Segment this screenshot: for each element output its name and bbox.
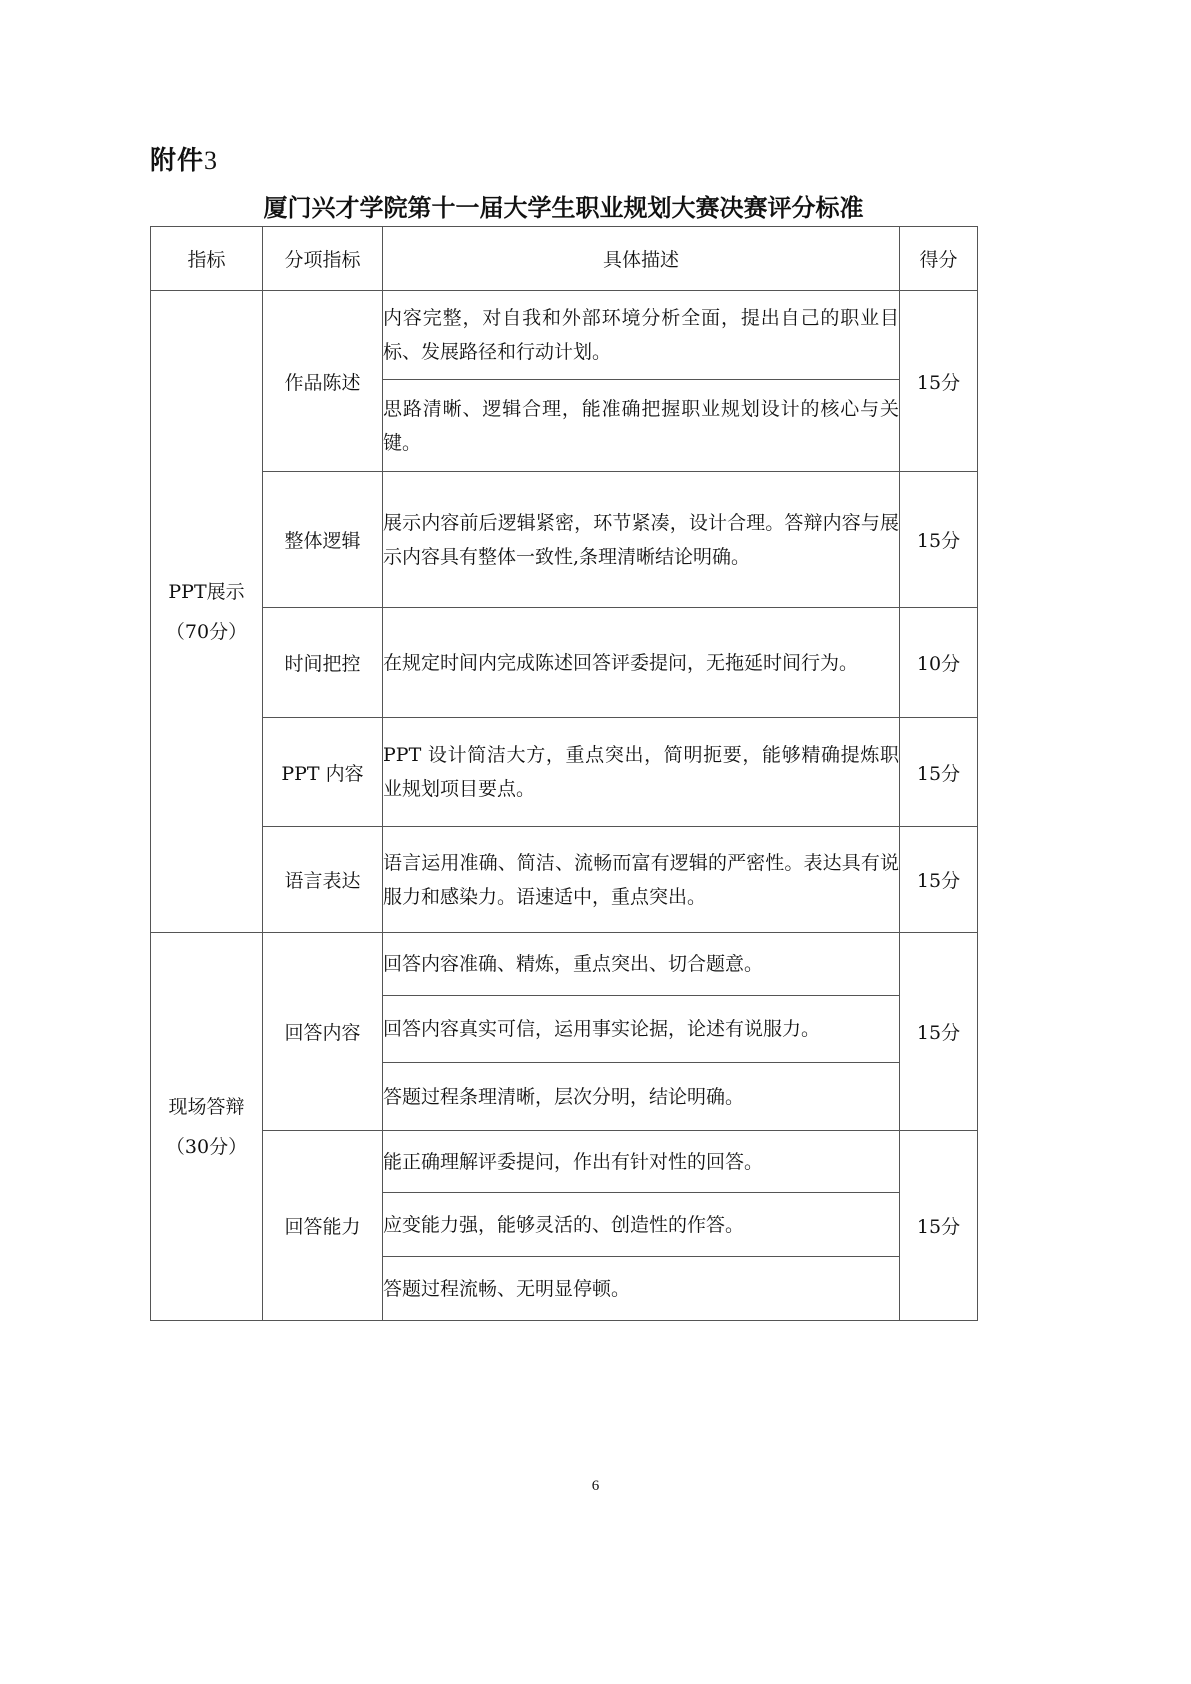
sub-indicator: PPT 内容 bbox=[263, 718, 383, 827]
scoring-table: 指标 分项指标 具体描述 得分 PPT展示 （70分） 作品陈述 内容完整，对自… bbox=[150, 226, 978, 1321]
table-row: 语言表达 语言运用准确、简洁、流畅而富有逻辑的严密性。表达具有说服力和感染力。语… bbox=[151, 827, 978, 933]
description: 回答内容准确、精炼，重点突出、切合题意。 bbox=[383, 933, 900, 996]
description: 展示内容前后逻辑紧密，环节紧凑，设计合理。答辩内容与展示内容具有整体一致性,条理… bbox=[383, 472, 900, 608]
description: 答题过程条理清晰，层次分明，结论明确。 bbox=[383, 1063, 900, 1131]
category-defense: 现场答辩 （30分） bbox=[151, 933, 263, 1321]
description: 在规定时间内完成陈述回答评委提问，无拖延时间行为。 bbox=[383, 608, 900, 718]
score: 15分 bbox=[900, 933, 978, 1131]
header-indicator: 指标 bbox=[151, 227, 263, 291]
table-row: PPT展示 （70分） 作品陈述 内容完整，对自我和外部环境分析全面，提出自己的… bbox=[151, 291, 978, 380]
table-row: PPT 内容 PPT 设计简洁大方，重点突出，简明扼要，能够精确提炼职业规划项目… bbox=[151, 718, 978, 827]
description: 应变能力强，能够灵活的、创造性的作答。 bbox=[383, 1193, 900, 1257]
category-points: （70分） bbox=[151, 612, 262, 652]
score: 15分 bbox=[900, 718, 978, 827]
score: 15分 bbox=[900, 291, 978, 472]
sub-indicator: 语言表达 bbox=[263, 827, 383, 933]
category-ppt: PPT展示 （70分） bbox=[151, 291, 263, 933]
description: PPT 设计简洁大方，重点突出，简明扼要，能够精确提炼职业规划项目要点。 bbox=[383, 718, 900, 827]
score: 15分 bbox=[900, 1131, 978, 1321]
header-description: 具体描述 bbox=[383, 227, 900, 291]
score: 10分 bbox=[900, 608, 978, 718]
sub-indicator: 作品陈述 bbox=[263, 291, 383, 472]
description: 内容完整，对自我和外部环境分析全面，提出自己的职业目标、发展路径和行动计划。 bbox=[383, 291, 900, 380]
table-row: 时间把控 在规定时间内完成陈述回答评委提问，无拖延时间行为。 10分 bbox=[151, 608, 978, 718]
header-score: 得分 bbox=[900, 227, 978, 291]
table-row: 整体逻辑 展示内容前后逻辑紧密，环节紧凑，设计合理。答辩内容与展示内容具有整体一… bbox=[151, 472, 978, 608]
attachment-label: 附件3 bbox=[150, 140, 218, 177]
score: 15分 bbox=[900, 472, 978, 608]
description: 思路清晰、逻辑合理，能准确把握职业规划设计的核心与关键。 bbox=[383, 380, 900, 472]
document-title: 厦门兴才学院第十一届大学生职业规划大赛决赛评分标准 bbox=[150, 188, 977, 223]
category-points: （30分） bbox=[151, 1127, 262, 1167]
description: 能正确理解评委提问，作出有针对性的回答。 bbox=[383, 1131, 900, 1193]
header-row: 指标 分项指标 具体描述 得分 bbox=[151, 227, 978, 291]
description: 回答内容真实可信，运用事实论据，论述有说服力。 bbox=[383, 996, 900, 1063]
description: 答题过程流畅、无明显停顿。 bbox=[383, 1257, 900, 1321]
category-name: 现场答辩 bbox=[151, 1087, 262, 1127]
header-sub-indicator: 分项指标 bbox=[263, 227, 383, 291]
table-row: 回答能力 能正确理解评委提问，作出有针对性的回答。 15分 bbox=[151, 1131, 978, 1193]
table-row: 现场答辩 （30分） 回答内容 回答内容准确、精炼，重点突出、切合题意。 15分 bbox=[151, 933, 978, 996]
category-name: PPT展示 bbox=[151, 572, 262, 612]
sub-indicator: 整体逻辑 bbox=[263, 472, 383, 608]
page-number: 6 bbox=[0, 1478, 1191, 1495]
score: 15分 bbox=[900, 827, 978, 933]
sub-indicator: 时间把控 bbox=[263, 608, 383, 718]
description: 语言运用准确、简洁、流畅而富有逻辑的严密性。表达具有说服力和感染力。语速适中，重… bbox=[383, 827, 900, 933]
sub-indicator: 回答能力 bbox=[263, 1131, 383, 1321]
sub-indicator: 回答内容 bbox=[263, 933, 383, 1131]
